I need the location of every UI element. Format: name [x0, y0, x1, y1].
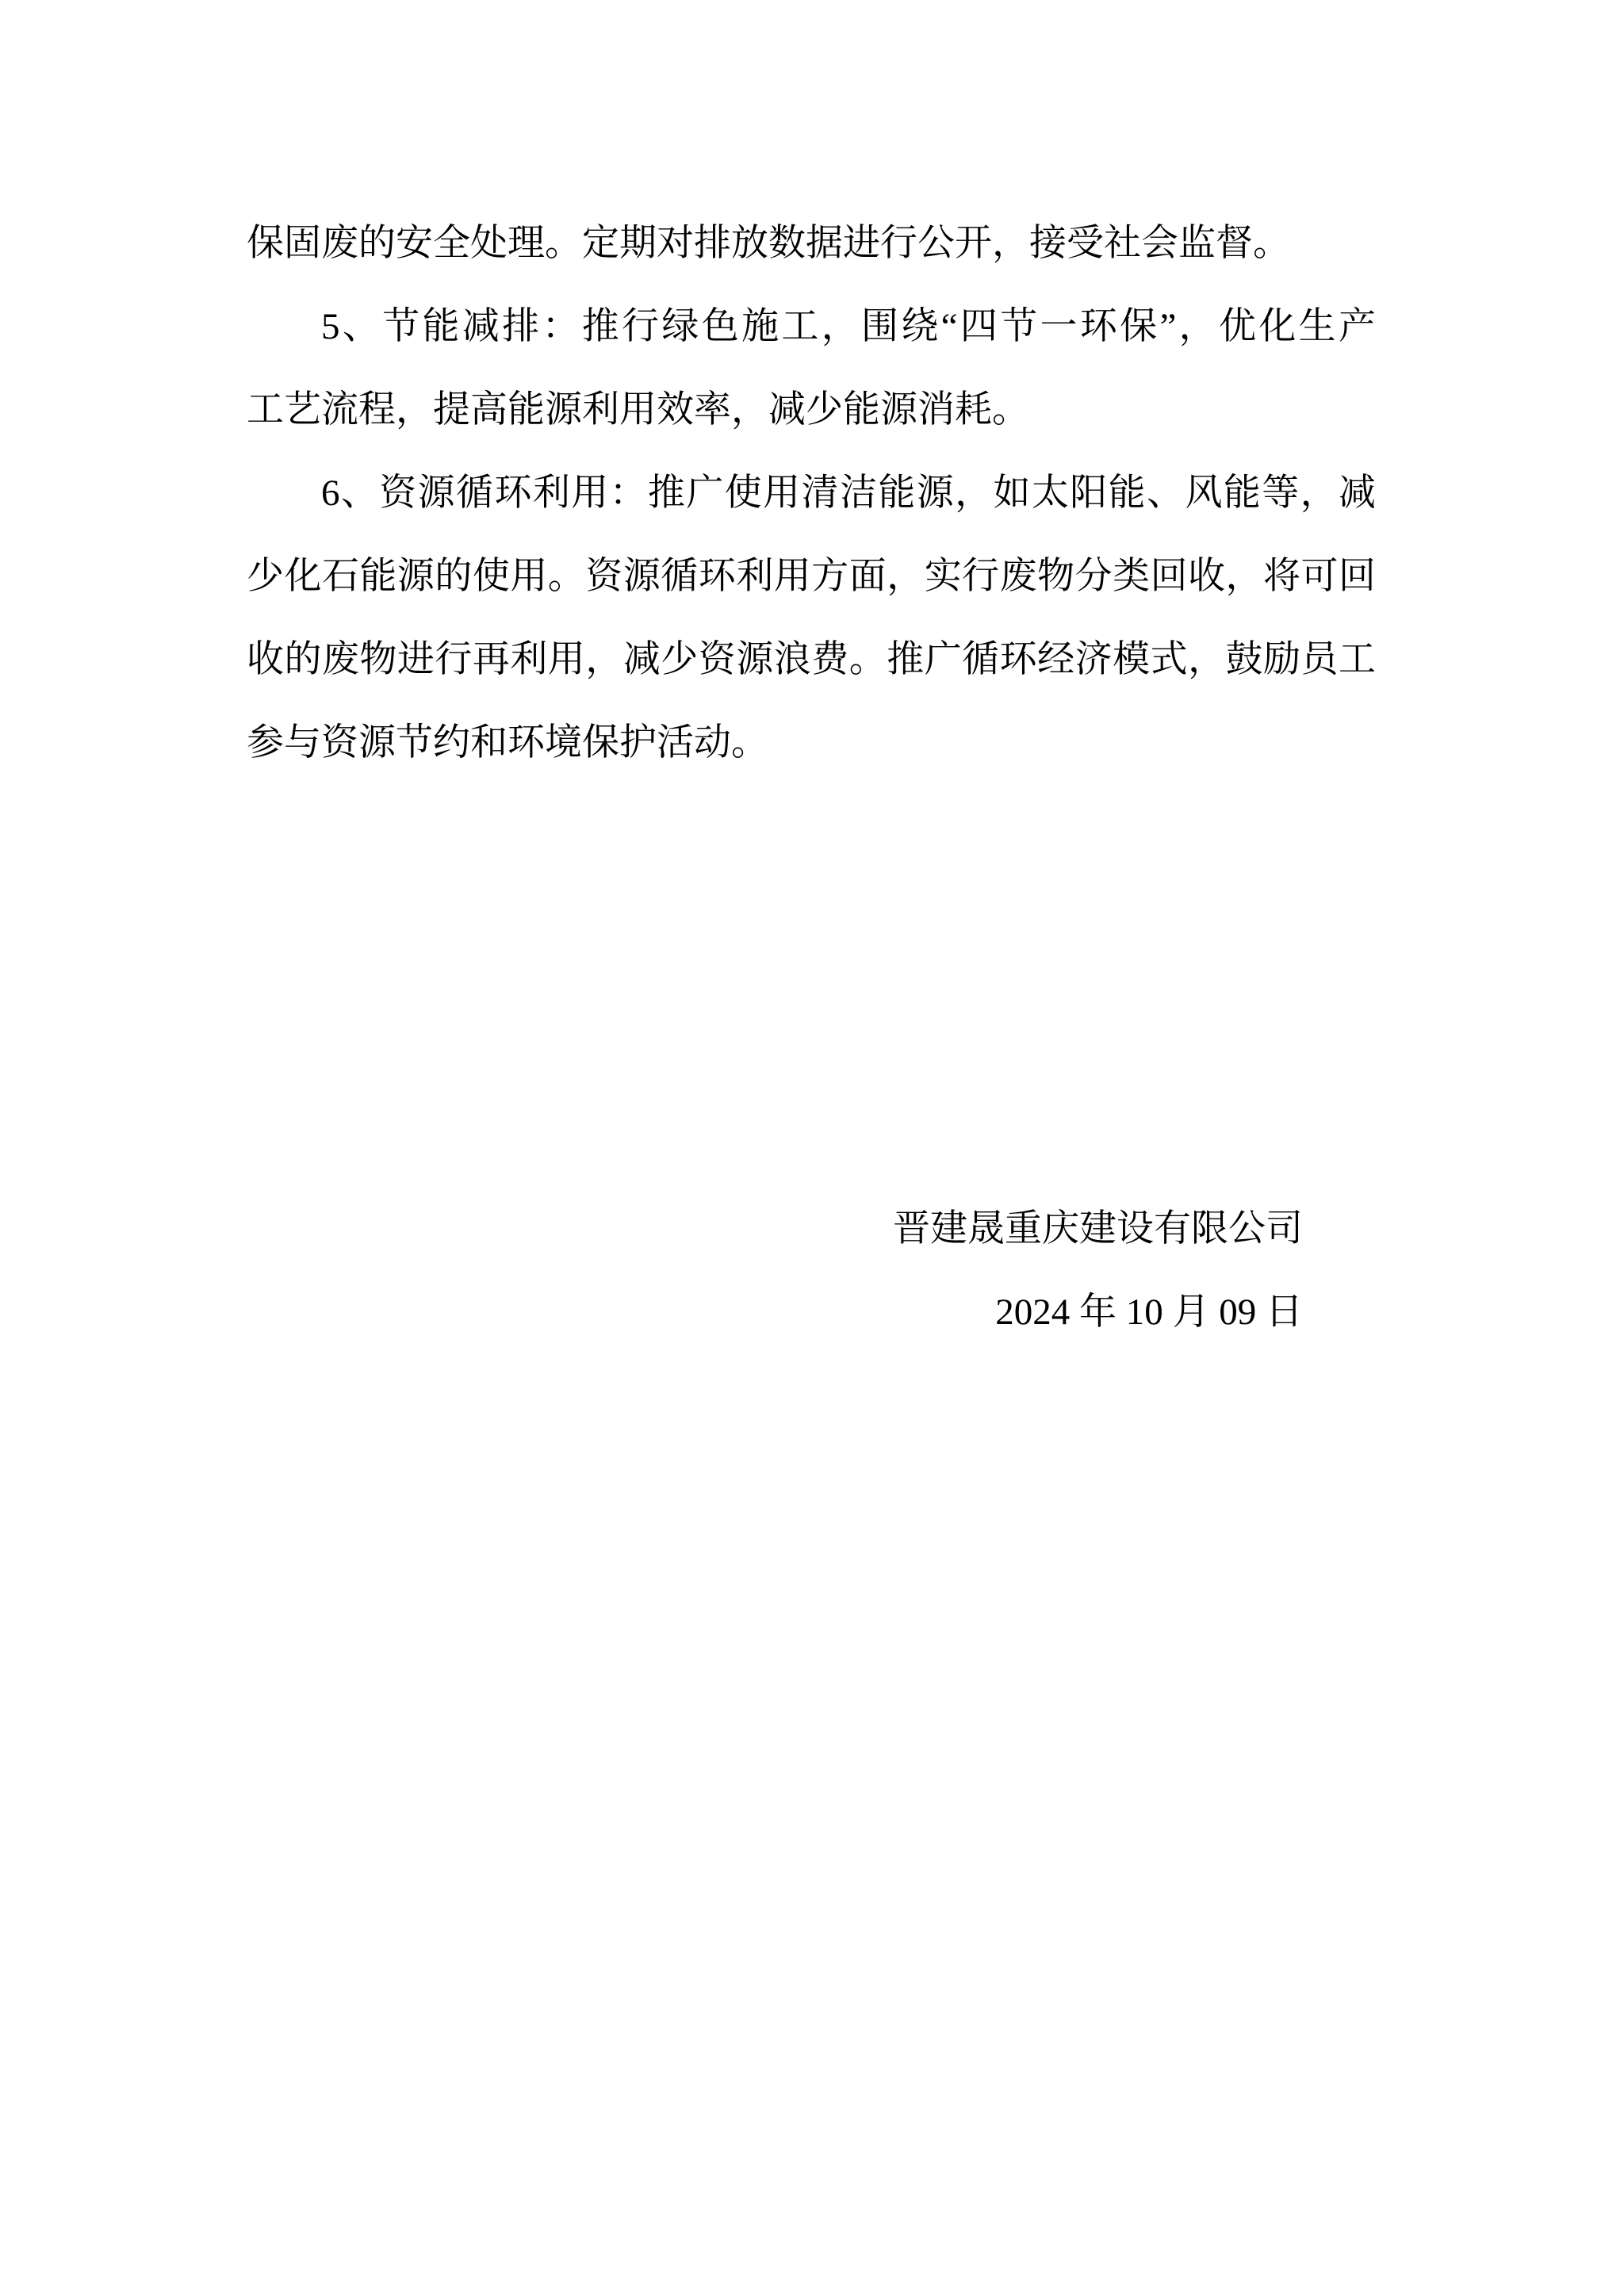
body-text-line: 参与资源节约和环境保护活动。 [247, 702, 1376, 785]
document-page: 保固废的安全处理。定期对排放数据进行公开，接受社会监督。 5、节能减排：推行绿色… [0, 0, 1624, 2296]
body-text-line: 工艺流程，提高能源利用效率，减少能源消耗。 [247, 369, 1376, 452]
body-text-line: 保固废的安全处理。定期对排放数据进行公开，接受社会监督。 [247, 202, 1376, 285]
signature-block: 晋建晟重庆建设有限公司 2024 年 10 月 09 日 [247, 1188, 1376, 1354]
signature-date: 2024 年 10 月 09 日 [247, 1271, 1303, 1354]
body-text-line: 6、资源循环利用：推广使用清洁能源，如太阳能、风能等，减 [247, 452, 1376, 535]
body-text-line: 少化石能源的使用。资源循环利用方面，实行废物分类回收，将可回 [247, 535, 1376, 618]
document-body: 保固废的安全处理。定期对排放数据进行公开，接受社会监督。 5、节能减排：推行绿色… [0, 0, 1624, 1354]
body-text-line: 收的废物进行再利用，减少资源浪费。推广循环经济模式，鼓励员工 [247, 618, 1376, 702]
body-text-line: 5、节能减排：推行绿色施工，围绕“四节一环保”，优化生产 [247, 285, 1376, 369]
signature-company: 晋建晟重庆建设有限公司 [247, 1188, 1303, 1271]
